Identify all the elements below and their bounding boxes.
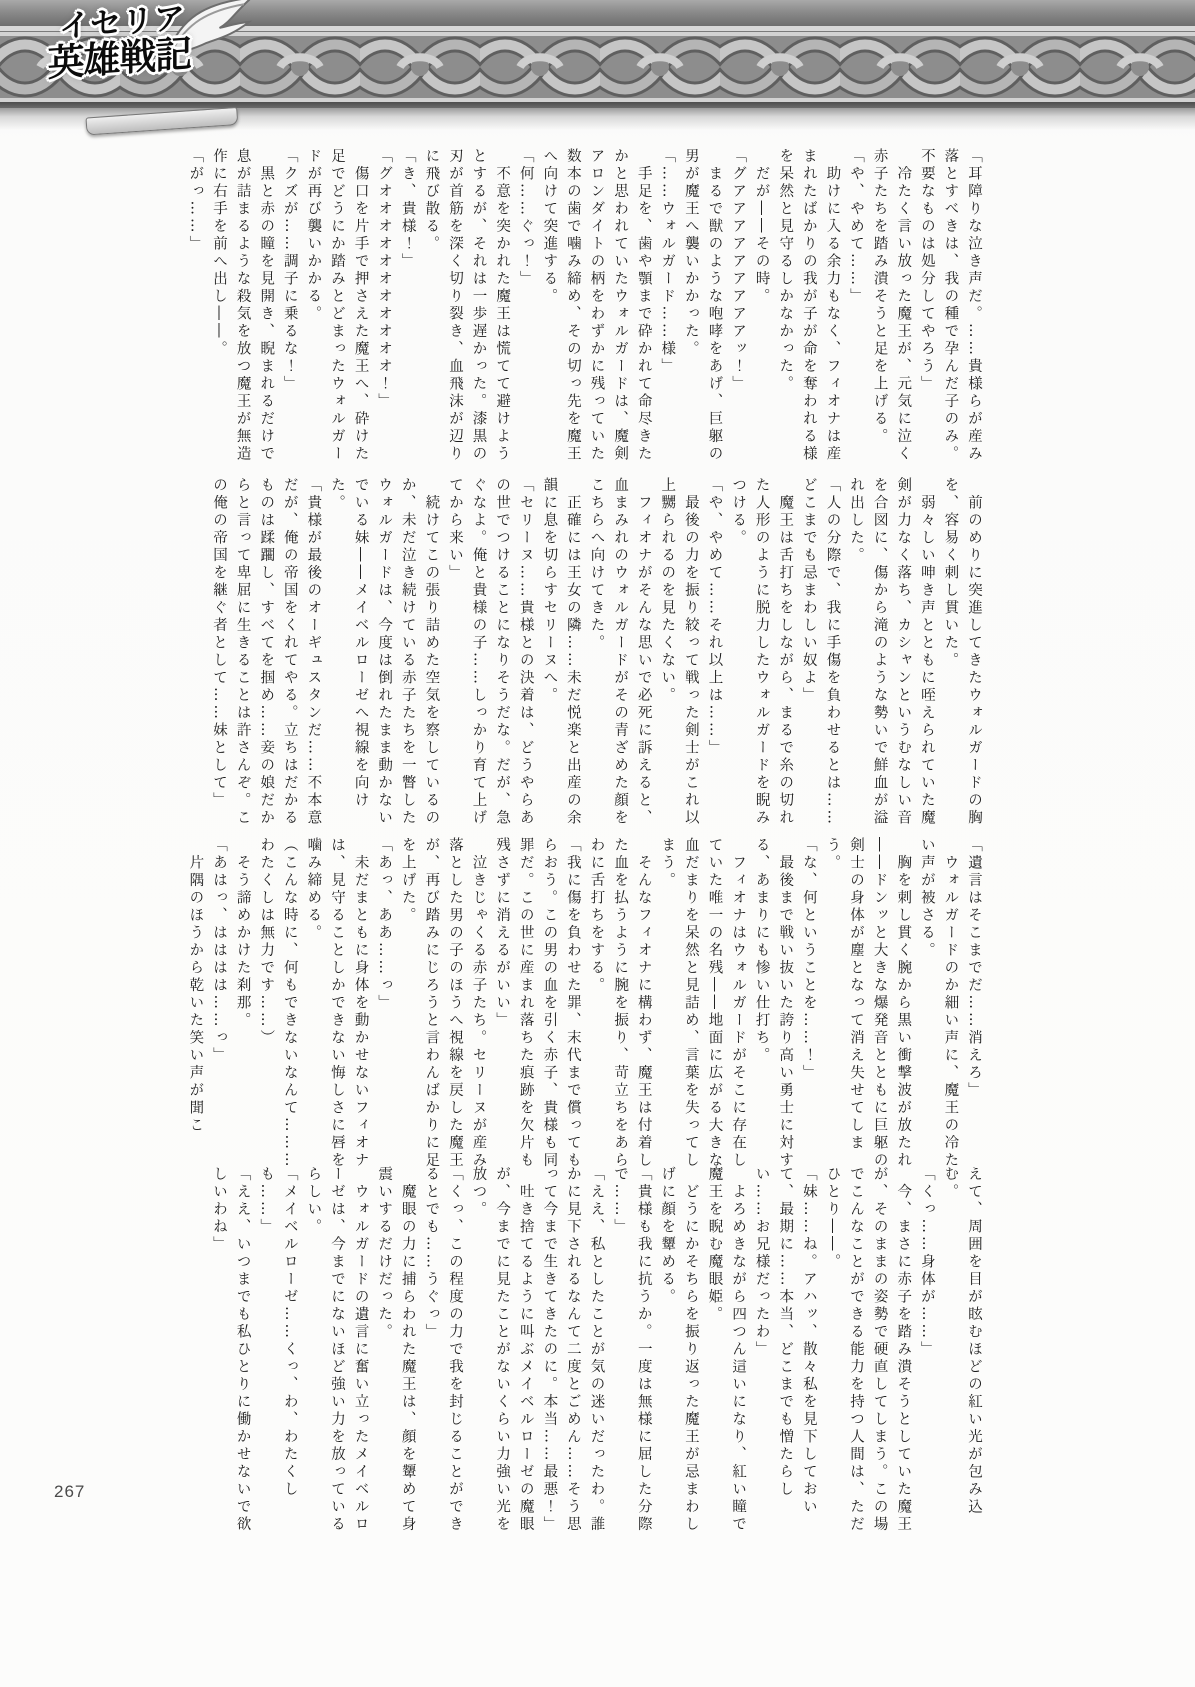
series-logo: イセリア 英雄戦記: [44, 0, 282, 134]
paragraph: 「貴様も我に抗うか。一度は無様に屈した分際で……」: [608, 1166, 655, 1546]
paragraph: 「あっ、ああ……っ」: [372, 837, 396, 1170]
paragraph: 今、まさに赤子を踏み潰そうとしていた魔王が、そのままの姿勢で硬直してしまう。この…: [820, 1166, 914, 1546]
book-page: イセリア 英雄戦記 「耳障りな泣き声だ。……貴様らが産み落とすべきは、我の種で孕…: [0, 0, 1195, 1687]
paragraph: そう諦めかけた刹那。: [230, 837, 254, 1170]
paragraph: 前のめりに突進してきたウォルガードの胸を、容易く刺し貫いた。: [938, 477, 985, 829]
paragraph: 手足を、歯や顎まで砕かれて命尽きたかと思われていたウォルガードは、魔剣アロンダイ…: [537, 148, 655, 472]
paragraph: 「グオオオオオオオオオオオ！」: [372, 148, 396, 472]
paragraph: 泣きじゃくる赤子たち。セリーヌが産み落とした男の子のほうへ視線を戻した魔王が、再…: [395, 837, 489, 1170]
paragraph: 傷口を片手で押さえた魔王へ、砕けた足でどうにか踏みとどまったウォルガードが再び襲…: [301, 148, 372, 472]
text-row-3: 「遺言はそこまでだ……消えろ」 ウォルガードのか細い声に、魔王の冷たい声が被さる…: [183, 837, 985, 1170]
paragraph: 「がっ……」: [183, 148, 207, 472]
paragraph: 助けに入る余力もなく、フィオナは産まれたばかりの我が子が命を奪われる様を呆然と見…: [773, 148, 844, 472]
paragraph: 「セリーヌ……貴様との決着は、どうやらあの世でつけることになりそうだな。だが、急…: [442, 477, 536, 829]
paragraph: 魔王は舌打ちをしながら、まるで糸の切れた人形のように脱力したウォルガードを睨みつ…: [725, 477, 796, 829]
paragraph: フィオナがそんな思いで必死に訴えると、血まみれのウォルガードがその青ざめた顔をこ…: [584, 477, 655, 829]
paragraph: 「や、やめて……それ以上は……」: [702, 477, 726, 829]
paragraph: 吐き捨てるように叫ぶメイベルローゼの魔眼が、今までに見たことがないくらい力強い光…: [466, 1166, 537, 1546]
logo-ribbon: [85, 107, 238, 136]
paragraph: えて、周囲を目が眩むほどの紅い光が包み込む。: [938, 1166, 985, 1546]
paragraph: 最後の力を振り絞って戦った剣士がこれ以上嬲られるのを見たくない。: [655, 477, 702, 829]
paragraph: 「……ウォルガード……様」: [655, 148, 679, 472]
paragraph: 「妹……ね。アハッ、散々私を見下しておいて、最期に……本当、どこまでも憎たらしい…: [749, 1166, 820, 1546]
paragraph: 冷たく言い放った魔王が、元気に泣く赤子たちを踏み潰そうと足を上げる。: [867, 148, 914, 472]
paragraph: よろめきながら四つん這いになり、紅い瞳で魔王を睨む魔眼姫。: [702, 1166, 749, 1546]
paragraph: 「人の分際で、我に手傷を負わせるとは……どこまでも忌まわしい奴よ」: [796, 477, 843, 829]
paragraph: ウォルガードの遺言に奮い立ったメイベルローゼは、今までにないほど強い力を放ってい…: [301, 1166, 372, 1546]
paragraph: 「耳障りな泣き声だ。……貴様らが産み落とすべきは、我の種で孕んだ子のみ。不要なも…: [914, 148, 985, 472]
header-banner: イセリア 英雄戦記: [0, 0, 1195, 128]
text-row-4: えて、周囲を目が眩むほどの紅い光が包み込む。「くっ……身体が……」 今、まさに赤…: [206, 1166, 985, 1546]
paragraph: 「クズが……調子に乗るな！」: [277, 148, 301, 472]
paragraph: 「な、何ということを……！」: [796, 837, 820, 1170]
paragraph: 「や、やめて……」: [843, 148, 867, 472]
paragraph: 「あはっ、はははは……っ」: [206, 837, 230, 1170]
text-row-1: 「耳障りな泣き声だ。……貴様らが産み落とすべきは、我の種で孕んだ子のみ。不要なも…: [183, 148, 985, 472]
paragraph: だが――その時。: [749, 148, 773, 472]
paragraph: 最後まで戦い抜いた誇り高い勇士に対する、あまりにも惨い仕打ち。: [749, 837, 796, 1170]
paragraph: 「くっ、この程度の力で我を封じることができるとでも……うぐっ」: [419, 1166, 466, 1546]
paragraph: 「くっ……身体が……」: [914, 1166, 938, 1546]
paragraph: フィオナはウォルガードがそこに存在していた唯一の名残――地面に広がる大きな血だま…: [655, 837, 749, 1170]
paragraph: 黒と赤の瞳を見開き、睨まれるだけで息が詰まるような殺気を放つ魔王が無造作に右手を…: [206, 148, 277, 472]
paragraph: 「我に傷を負わせた罪、末代まで償ってもらおう。この男の血を引く赤子、貴様も同罪だ…: [490, 837, 584, 1170]
paragraph: 続けてこの張り詰めた空気を察しているのか、未だ泣き続けている赤子たちを一瞥したウ…: [324, 477, 442, 829]
paragraph: 「ええ、私としたことが気の迷いだったわ。誰かに見下されるなんて二度とごめん……そ…: [537, 1166, 608, 1546]
paragraph: ウォルガードのか細い声に、魔王の冷たい声が被さる。: [914, 837, 961, 1170]
paragraph: 「ええ、いつまでも私ひとりに働かせないで欲しいわね」: [206, 1166, 253, 1546]
paragraph: 「グアアアアアアアアアッ！」: [725, 148, 749, 472]
paragraph: どうにかそちらを振り返った魔王が忌まわしげに顔を顰める。: [655, 1166, 702, 1546]
page-number: 267: [54, 1482, 85, 1502]
paragraph: 「き、貴様！」: [395, 148, 419, 472]
paragraph: 「貴様が最後のオーギュスタンだ……不本意だが、俺の帝国をくれてやる。立ちはだかる…: [206, 477, 324, 829]
paragraph: 「何……ぐっ！」: [513, 148, 537, 472]
paragraph: 正確には王女の隣……未だ悦楽と出産の余韻に息を切らすセリーヌへ。: [537, 477, 584, 829]
paragraph: 未だまともに身体を動かせないフィオナは、見守ることしかできない悔しさに唇を噛み締…: [301, 837, 372, 1170]
paragraph: まるで獣のような咆哮をあげ、巨躯の男が魔王へ襲いかかった。: [678, 148, 725, 472]
paragraph: 不意を突かれた魔王は慌てて避けようとするが、それは一歩遅かった。漆黒の刃が首筋を…: [419, 148, 513, 472]
text-row-2: 前のめりに突進してきたウォルガードの胸を、容易く刺し貫いた。 弱々しい呻き声とと…: [206, 477, 985, 829]
paragraph: そんなフィオナに構わず、魔王は付着した血を払うように腕を振り、苛立ちをあらわに舌…: [584, 837, 655, 1170]
paragraph: 「遺言はそこまでだ……消えろ」: [961, 837, 985, 1170]
paragraph: 片隅のほうから乾いた笑い声が聞こ: [183, 837, 207, 1170]
paragraph: （こんな時に、何もできないなんて………わたくしは無力です……）: [254, 837, 301, 1170]
paragraph: 魔眼の力に捕らわれた魔王は、顔を顰めて身震いするだけだった。: [372, 1166, 419, 1546]
paragraph: 「メイベルローゼ……くっ、わ、わたくしも……」: [254, 1166, 301, 1546]
paragraph: 胸を刺し貫く腕から黒い衝撃波が放たれ――ドンッと大きな爆発音とともに巨躯の剣士の…: [820, 837, 914, 1170]
paragraph: 弱々しい呻き声とともに咥えられていた魔剣が力なく落ち、カシャンというむなしい音を…: [843, 477, 937, 829]
